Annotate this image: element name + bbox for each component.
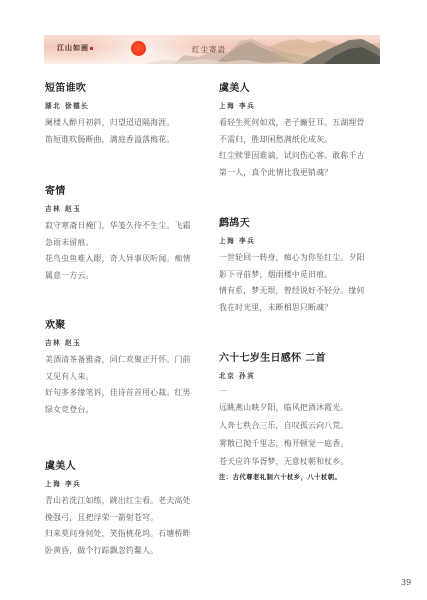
poem: 六十七岁生日感怀 二首 北京 孙宾 一 远眺燕山映夕阳，临风把酒沐霞光。 人奔七…: [219, 352, 348, 485]
poem: 欢聚 吉林 赵玉 美酒清茶备雅斋，同仁欢聚正开怀。门前 又见有人来。 好句多多缘…: [45, 319, 191, 418]
poem-line: 不需归，胜却闲愁满纸化成灰。: [219, 132, 365, 149]
poem-title: 虞美人: [45, 460, 191, 474]
seal-icon: [90, 47, 93, 50]
poem-author: 上海 李兵: [45, 478, 191, 490]
poem-line: 远眺燕山映夕阳，临风把酒沐霞光。: [219, 399, 348, 417]
poem-author: 吉林 赵玉: [45, 203, 191, 215]
page-number: 39: [401, 578, 411, 587]
poem-line: 美酒清茶备雅斋，同仁欢聚正开怀。门前: [45, 352, 191, 369]
poem-title: 欢聚: [45, 319, 191, 333]
poem-line: 人奔七秩合三乐，自叹孤云向八荒。: [219, 417, 348, 435]
header-banner: 江山如画 红尘寄语: [44, 35, 380, 64]
poem-line: 第一人，真个此情比我更销魂？: [219, 165, 365, 182]
poem-author: 上海 李兵: [219, 235, 365, 247]
poem: 短笛谁吹 湖北 徐德长 阑楼人醉月初斜，归望迢迢隔海涯。 笛短谁吹肠断曲，满庭香…: [45, 82, 174, 148]
poem-line: 影下寻前梦，烟雨楼中觅旧痕。: [219, 267, 365, 284]
poem-line: 急雨未留痕。: [45, 235, 191, 252]
sun-icon: [131, 41, 146, 56]
poem: 寄情 吉林 赵玉 寂守寒斋日掩门，华笺久待不生尘。飞霜 急雨未留痕。 花鸟虫鱼难…: [45, 185, 191, 284]
banner-brand: 江山如画: [57, 43, 93, 53]
poem-author: 湖北 徐德长: [45, 100, 174, 112]
banner-brand-text: 江山如画: [57, 43, 89, 52]
poem-author: 吉林 赵玉: [45, 337, 191, 349]
poem-title: 鹧鸪天: [219, 217, 365, 231]
poem-title: 虞美人: [219, 82, 365, 96]
poem-author: 上海 李兵: [219, 100, 365, 112]
poem: 虞美人 上海 李兵 青山若洗江如练，跳出红尘看。老夫高处 挽强弓，且把浮荣一箭射…: [45, 460, 191, 559]
poem-line: 卧黄昏，做个行踪飘忽钓鳌人。: [45, 543, 191, 560]
poem-title: 六十七岁生日感怀 二首: [219, 352, 348, 366]
poem-line: 笛短谁吹肠断曲，满庭香溢落梅花。: [45, 132, 174, 149]
poem-line: 雾散已抛千里志，梅开顿觉一庭香。: [219, 435, 348, 453]
poem-line: 挽强弓，且把浮荣一箭射苍穹。: [45, 510, 191, 527]
poem-title: 短笛谁吹: [45, 82, 174, 96]
poem-line: 寂守寒斋日掩门，华笺久待不生尘。飞霜: [45, 218, 191, 235]
poem: 虞美人 上海 李兵 看轻生死何如戏，老子癫狂耳。五湖埋骨 不需归，胜却闲愁满纸化…: [219, 82, 365, 181]
poem-part-number: 一: [219, 385, 348, 399]
poem-line: 又见有人来。: [45, 369, 191, 386]
poem-line: 我在时光里，未断相思只断魂？: [219, 300, 365, 317]
poem-line: 归来莫问身何处，笑指桃花坞。石塘桥畔: [45, 526, 191, 543]
poem-line: 青山若洗江如练，跳出红尘看。老夫高处: [45, 493, 191, 510]
poem-line: 花鸟虫鱼难入眼，奇人异事厌听闻。痴情: [45, 251, 191, 268]
poem-line: 看轻生死何如戏，老子癫狂耳。五湖埋骨: [219, 115, 365, 132]
poem-author: 北京 孙宾: [219, 370, 348, 382]
poem-line: 红尘赎罪因谁谪，试问伤心客。敢称千古: [219, 148, 365, 165]
poem-line: 一世轮回一转身，痴心为你坠红尘。夕阳: [219, 250, 365, 267]
poem-note: 注：古代尊老礼制六十杖乡，八十杖朝。: [219, 471, 348, 485]
poem: 鹧鸪天 上海 李兵 一世轮回一转身，痴心为你坠红尘。夕阳 影下寻前梦，烟雨楼中觅…: [219, 217, 365, 316]
poem-line: 情有系，梦无垠，曾经说好不轻分。缘何: [219, 283, 365, 300]
banner-title: 红尘寄语: [192, 44, 226, 55]
poem-title: 寄情: [45, 185, 191, 199]
poem-line: 绿女竞登台。: [45, 402, 191, 419]
poem-line: 阑楼人醉月初斜，归望迢迢隔海涯。: [45, 115, 174, 132]
poem-line: 属意一方云。: [45, 268, 191, 285]
poem-line: 苍天应许华胥梦，无意杖朝和杖乡。: [219, 453, 348, 471]
poem-line: 好句多多缘笔诉，佳诗首首用心裁。红男: [45, 385, 191, 402]
